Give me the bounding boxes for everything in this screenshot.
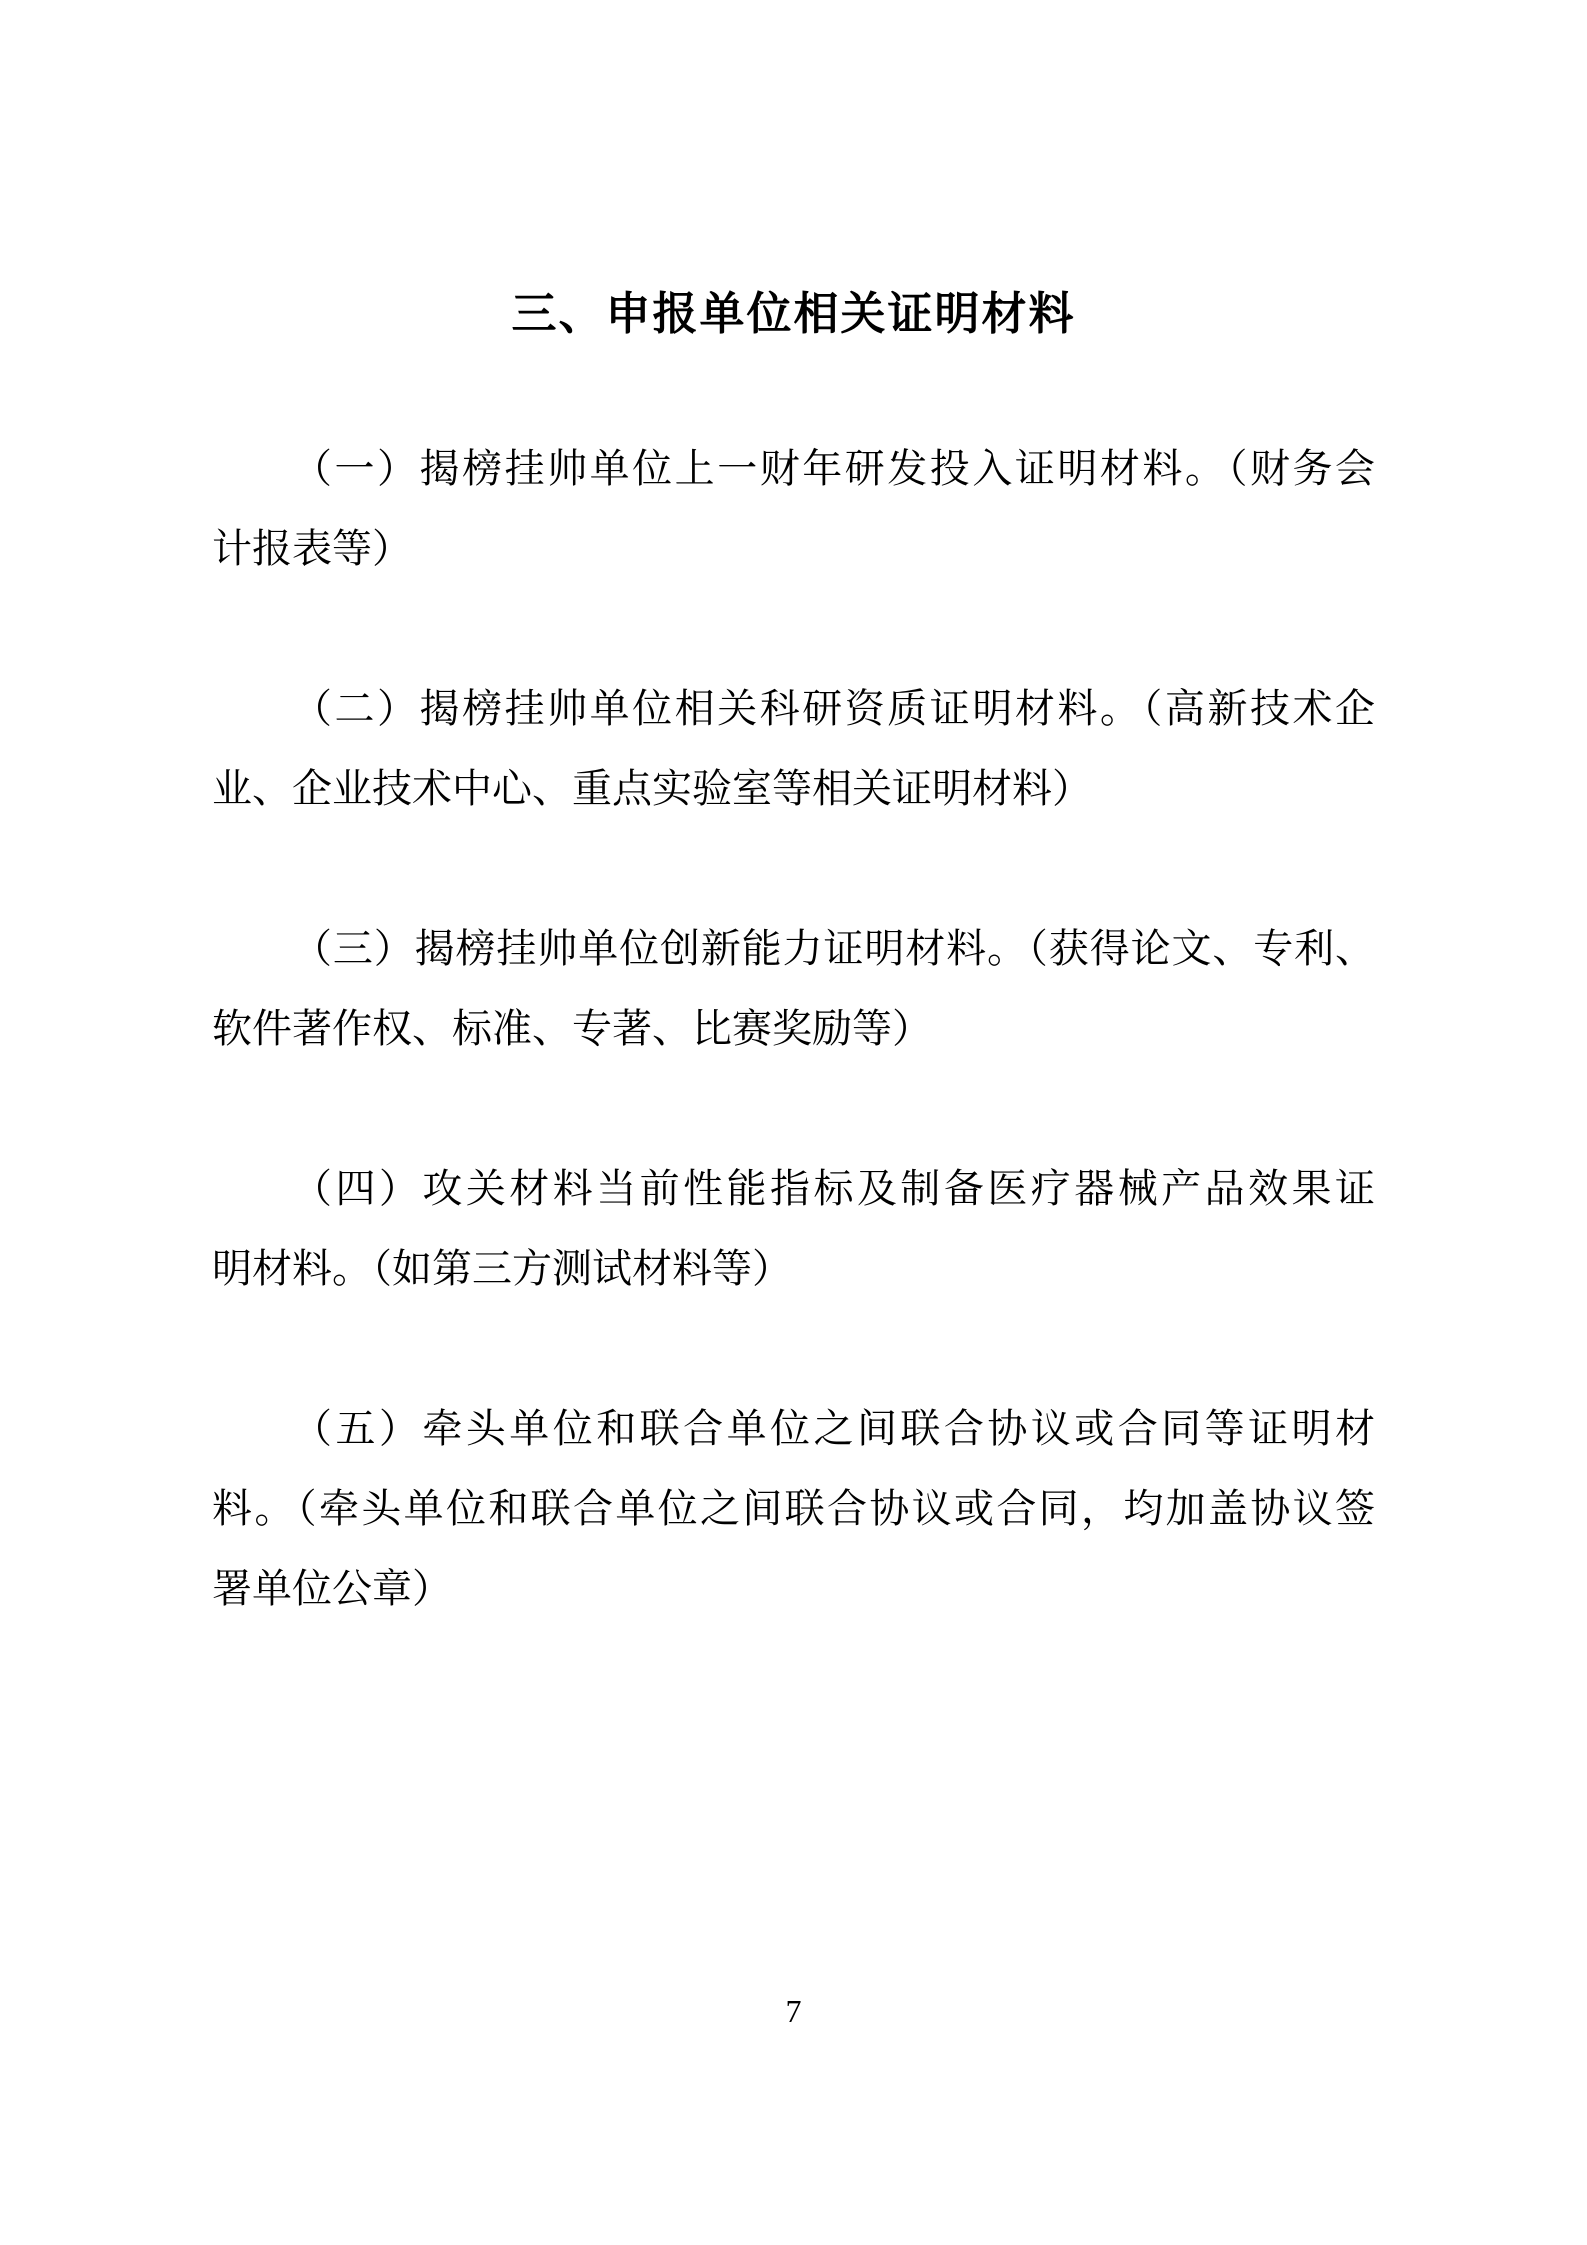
body-paragraph: （四）攻关材料当前性能指标及制备医疗器械产品效果证明材料。（如第三方测试材料等） xyxy=(212,1149,1375,1309)
page-number: 7 xyxy=(786,1993,802,2029)
body-paragraph: （五）牵头单位和联合单位之间联合协议或合同等证明材料。（牵头单位和联合单位之间联… xyxy=(212,1389,1375,1629)
paragraph-line: 业、企业技术中心、重点实验室等相关证明材料） xyxy=(212,749,1375,829)
page-footer: 7 xyxy=(0,1992,1587,2030)
section-title: 三、申报单位相关证明材料 xyxy=(212,286,1375,342)
paragraph-line: 计报表等） xyxy=(212,509,1375,589)
paragraph-line: （一）揭榜挂帅单位上一财年研发投入证明材料。（财务会 xyxy=(212,429,1375,509)
paragraph-line: （五）牵头单位和联合单位之间联合协议或合同等证明材 xyxy=(212,1389,1375,1469)
paragraph-line: （四）攻关材料当前性能指标及制备医疗器械产品效果证 xyxy=(212,1149,1375,1229)
paragraph-line: 署单位公章） xyxy=(212,1549,1375,1629)
body-paragraph: （一）揭榜挂帅单位上一财年研发投入证明材料。（财务会计报表等） xyxy=(212,429,1375,589)
document-page: 三、申报单位相关证明材料 （一）揭榜挂帅单位上一财年研发投入证明材料。（财务会计… xyxy=(0,0,1587,2245)
paragraph-line: 软件著作权、标准、专著、比赛奖励等） xyxy=(212,989,1375,1069)
body-paragraph: （三）揭榜挂帅单位创新能力证明材料。（获得论文、专利、软件著作权、标准、专著、比… xyxy=(212,909,1375,1069)
paragraph-line: （二）揭榜挂帅单位相关科研资质证明材料。（高新技术企 xyxy=(212,669,1375,749)
paragraph-line: 料。（牵头单位和联合单位之间联合协议或合同，均加盖协议签 xyxy=(212,1469,1375,1549)
document-body: （一）揭榜挂帅单位上一财年研发投入证明材料。（财务会计报表等）（二）揭榜挂帅单位… xyxy=(212,429,1375,1709)
paragraph-line: （三）揭榜挂帅单位创新能力证明材料。（获得论文、专利、 xyxy=(212,909,1375,989)
body-paragraph: （二）揭榜挂帅单位相关科研资质证明材料。（高新技术企业、企业技术中心、重点实验室… xyxy=(212,669,1375,829)
paragraph-line: 明材料。（如第三方测试材料等） xyxy=(212,1229,1375,1309)
